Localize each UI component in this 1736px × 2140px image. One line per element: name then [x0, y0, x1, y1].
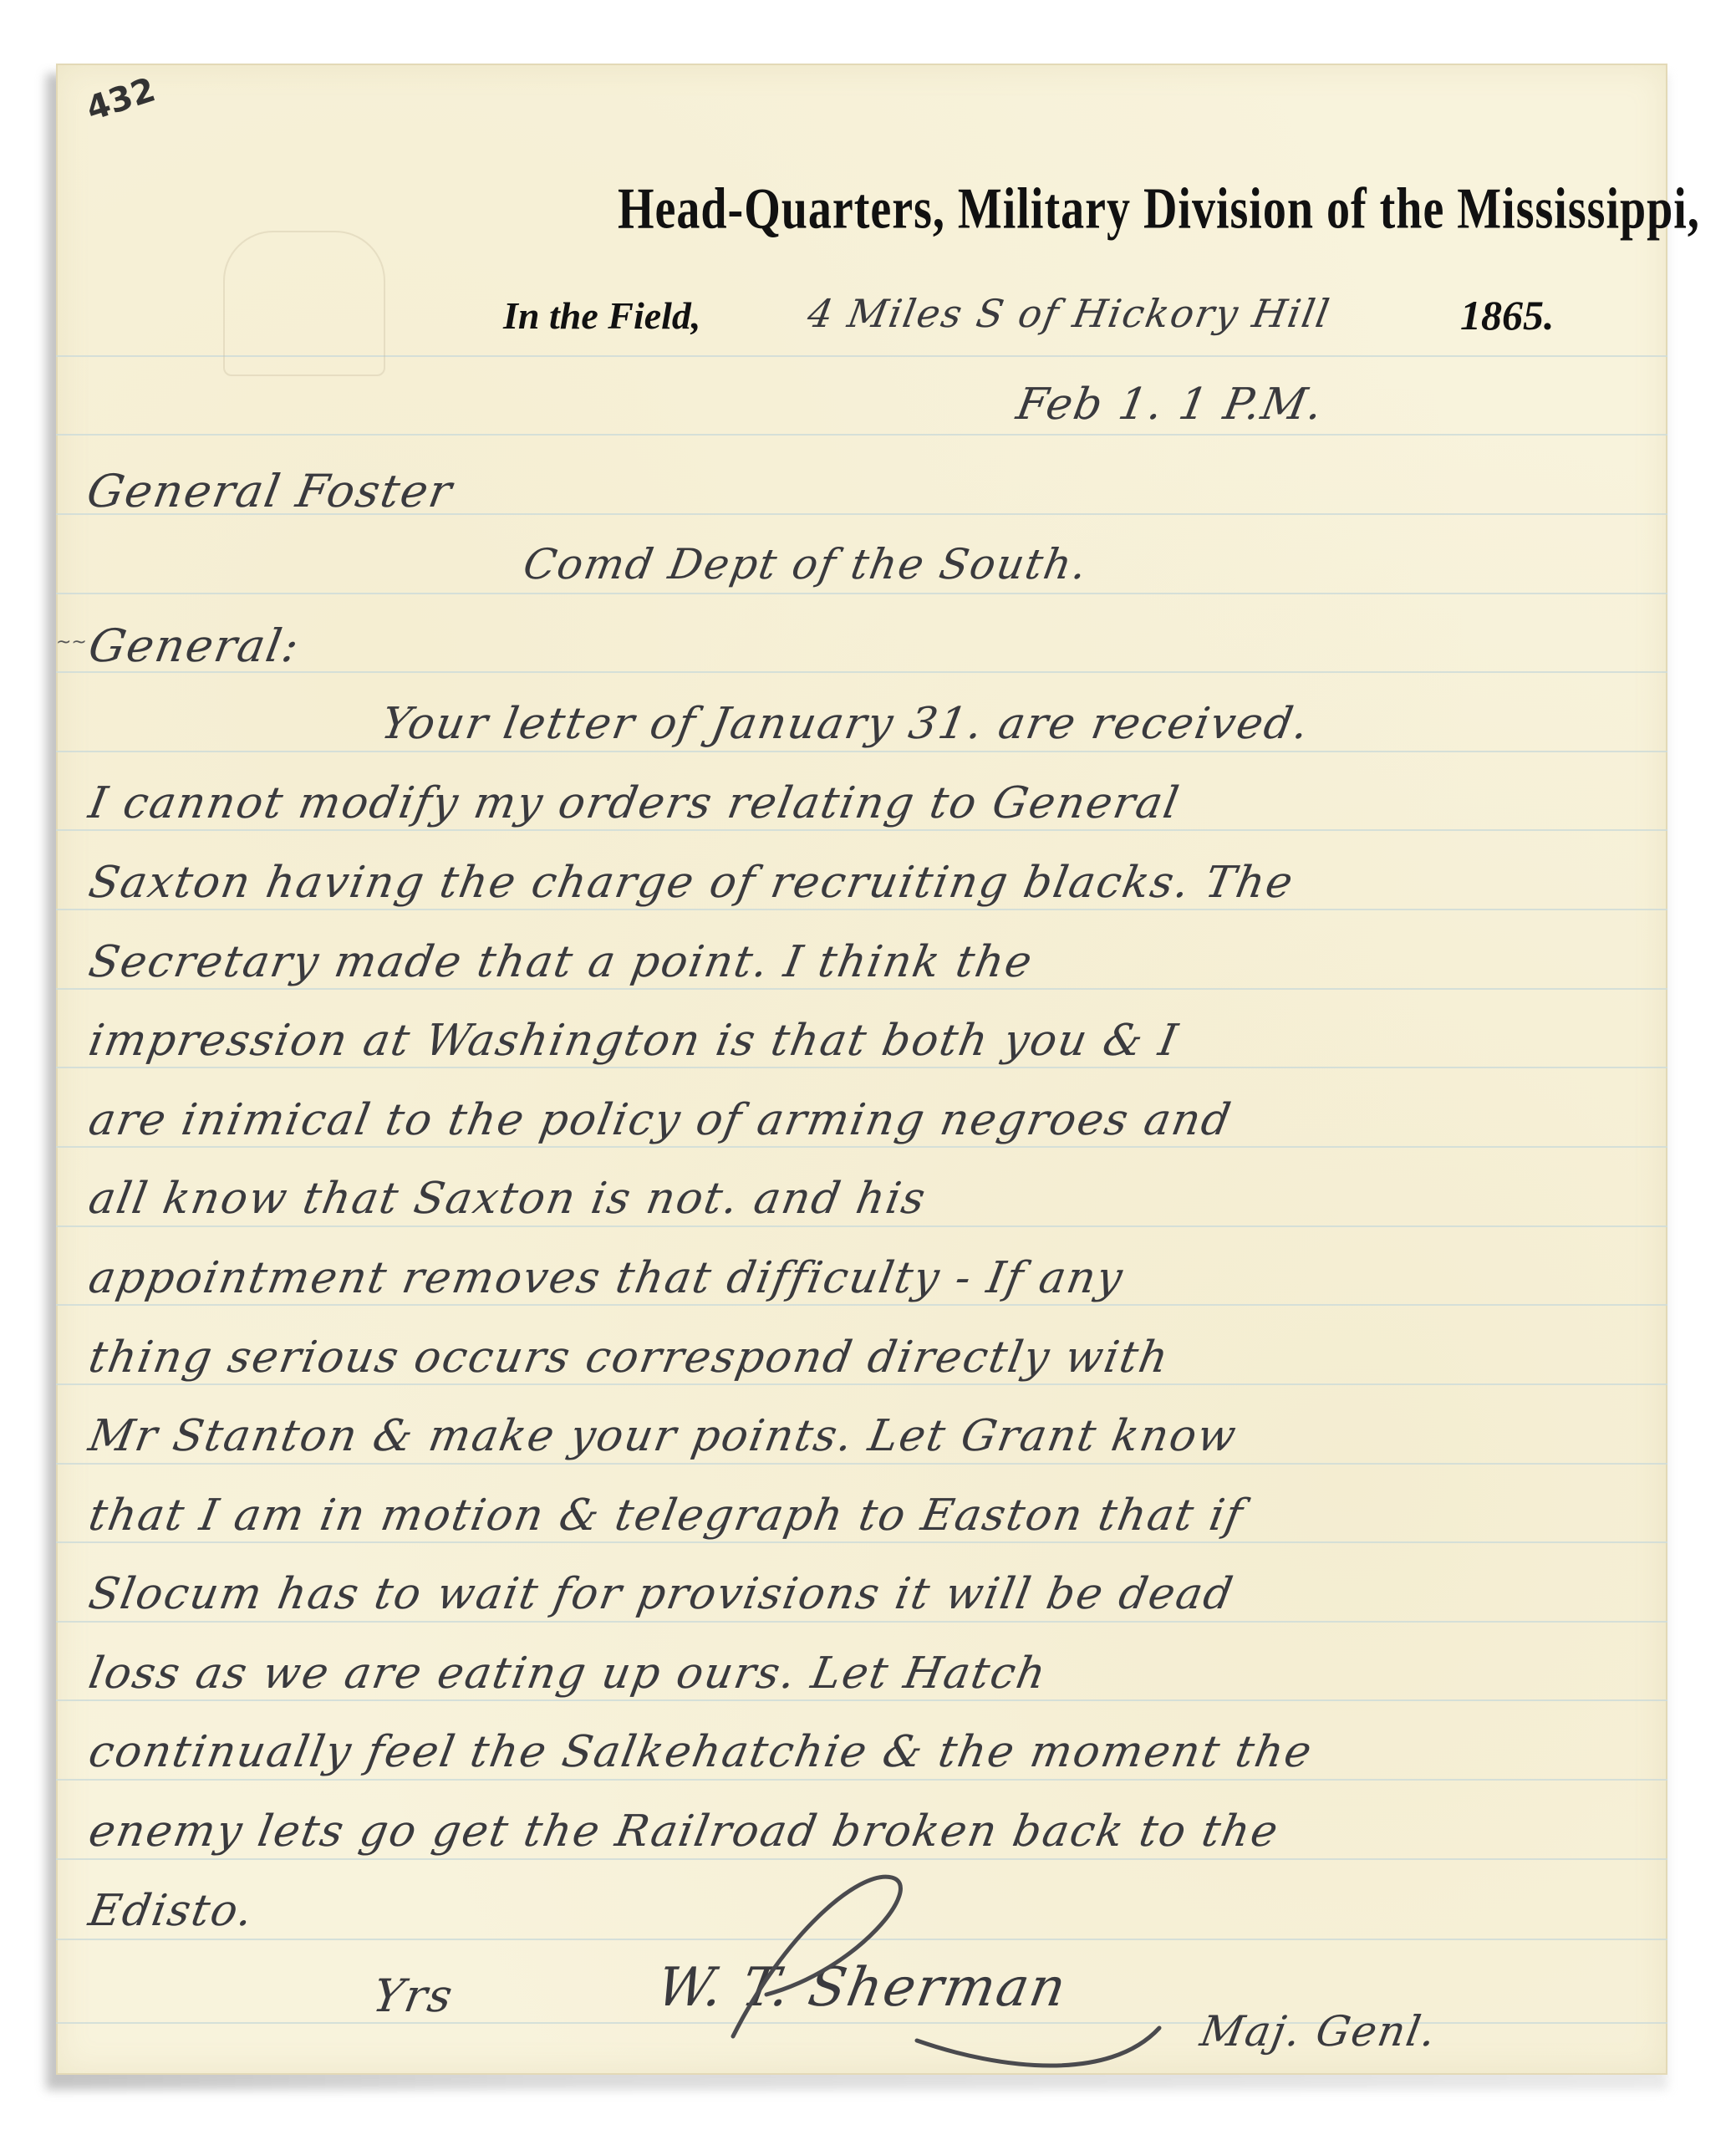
body-line: Secretary made that a point. I think the — [85, 937, 1037, 987]
ruled-line — [56, 1699, 1667, 1701]
body-line: Edisto. — [85, 1886, 258, 1936]
body-line: Saxton having the charge of recruiting b… — [85, 858, 1298, 908]
body-line: Your letter of January 31. are received. — [378, 699, 1314, 749]
ruled-line — [56, 1146, 1667, 1148]
embossed-stamp — [223, 231, 385, 376]
ruled-line — [56, 1858, 1667, 1860]
salutation: General: — [84, 619, 303, 672]
signature-flourish-icon — [641, 1861, 1243, 2078]
body-line: impression at Washington is that both yo… — [85, 1016, 1183, 1066]
ruled-line — [56, 1541, 1667, 1543]
ruled-line — [56, 1304, 1667, 1306]
body-line: Slocum has to wait for provisions it wil… — [85, 1569, 1238, 1619]
body-line: enemy lets go get the Railroad broken ba… — [85, 1806, 1283, 1857]
place-handwritten: 4 Miles S of Hickory Hill — [804, 291, 1334, 336]
ruled-line — [56, 593, 1667, 594]
docket-mark: ~~ — [56, 632, 87, 653]
letterhead-place-prefix: In the Field, — [503, 293, 700, 338]
body-line: thing serious occurs correspond directly… — [85, 1332, 1173, 1383]
ruled-line — [56, 1779, 1667, 1781]
ruled-line — [56, 829, 1667, 831]
signature-title: Maj. Genl. — [1197, 2007, 1441, 2056]
date-line: Feb 1. 1 P.M. — [1013, 380, 1328, 430]
letterhead-title: Head-Quarters, Military Division of the … — [618, 176, 1700, 242]
body-line: all know that Saxton is not. and his — [85, 1174, 930, 1224]
ruled-line — [56, 1621, 1667, 1623]
addressee-title: Comd Dept of the South. — [520, 540, 1092, 588]
ruled-line — [56, 988, 1667, 990]
body-line: that I am in motion & telegraph to Easto… — [85, 1490, 1248, 1541]
body-line: appointment removes that difficulty - If… — [85, 1253, 1128, 1303]
letterhead-year: 1865. — [1460, 291, 1555, 339]
body-line: Mr Stanton & make your points. Let Grant… — [85, 1411, 1241, 1461]
ruled-line — [56, 1383, 1667, 1385]
ruled-line — [56, 671, 1667, 673]
body-line: I cannot modify my orders relating to Ge… — [85, 778, 1184, 828]
ruled-line — [56, 751, 1667, 752]
addressee-name: General Foster — [83, 465, 457, 517]
closing: Yrs — [369, 1969, 457, 2022]
ruled-line — [56, 1225, 1667, 1227]
ruled-line — [56, 1463, 1667, 1465]
ruled-line — [56, 434, 1667, 436]
body-line: are inimical to the policy of arming neg… — [85, 1095, 1236, 1145]
body-line: loss as we are eating up ours. Let Hatch — [85, 1648, 1051, 1699]
ruled-line — [56, 1067, 1667, 1068]
ruled-line — [56, 909, 1667, 910]
archive-number: 432 — [82, 70, 160, 129]
letter-sheet: 432 Head-Quarters, Military Division of … — [56, 64, 1667, 2075]
body-line: continually feel the Salkehatchie & the … — [85, 1727, 1317, 1777]
